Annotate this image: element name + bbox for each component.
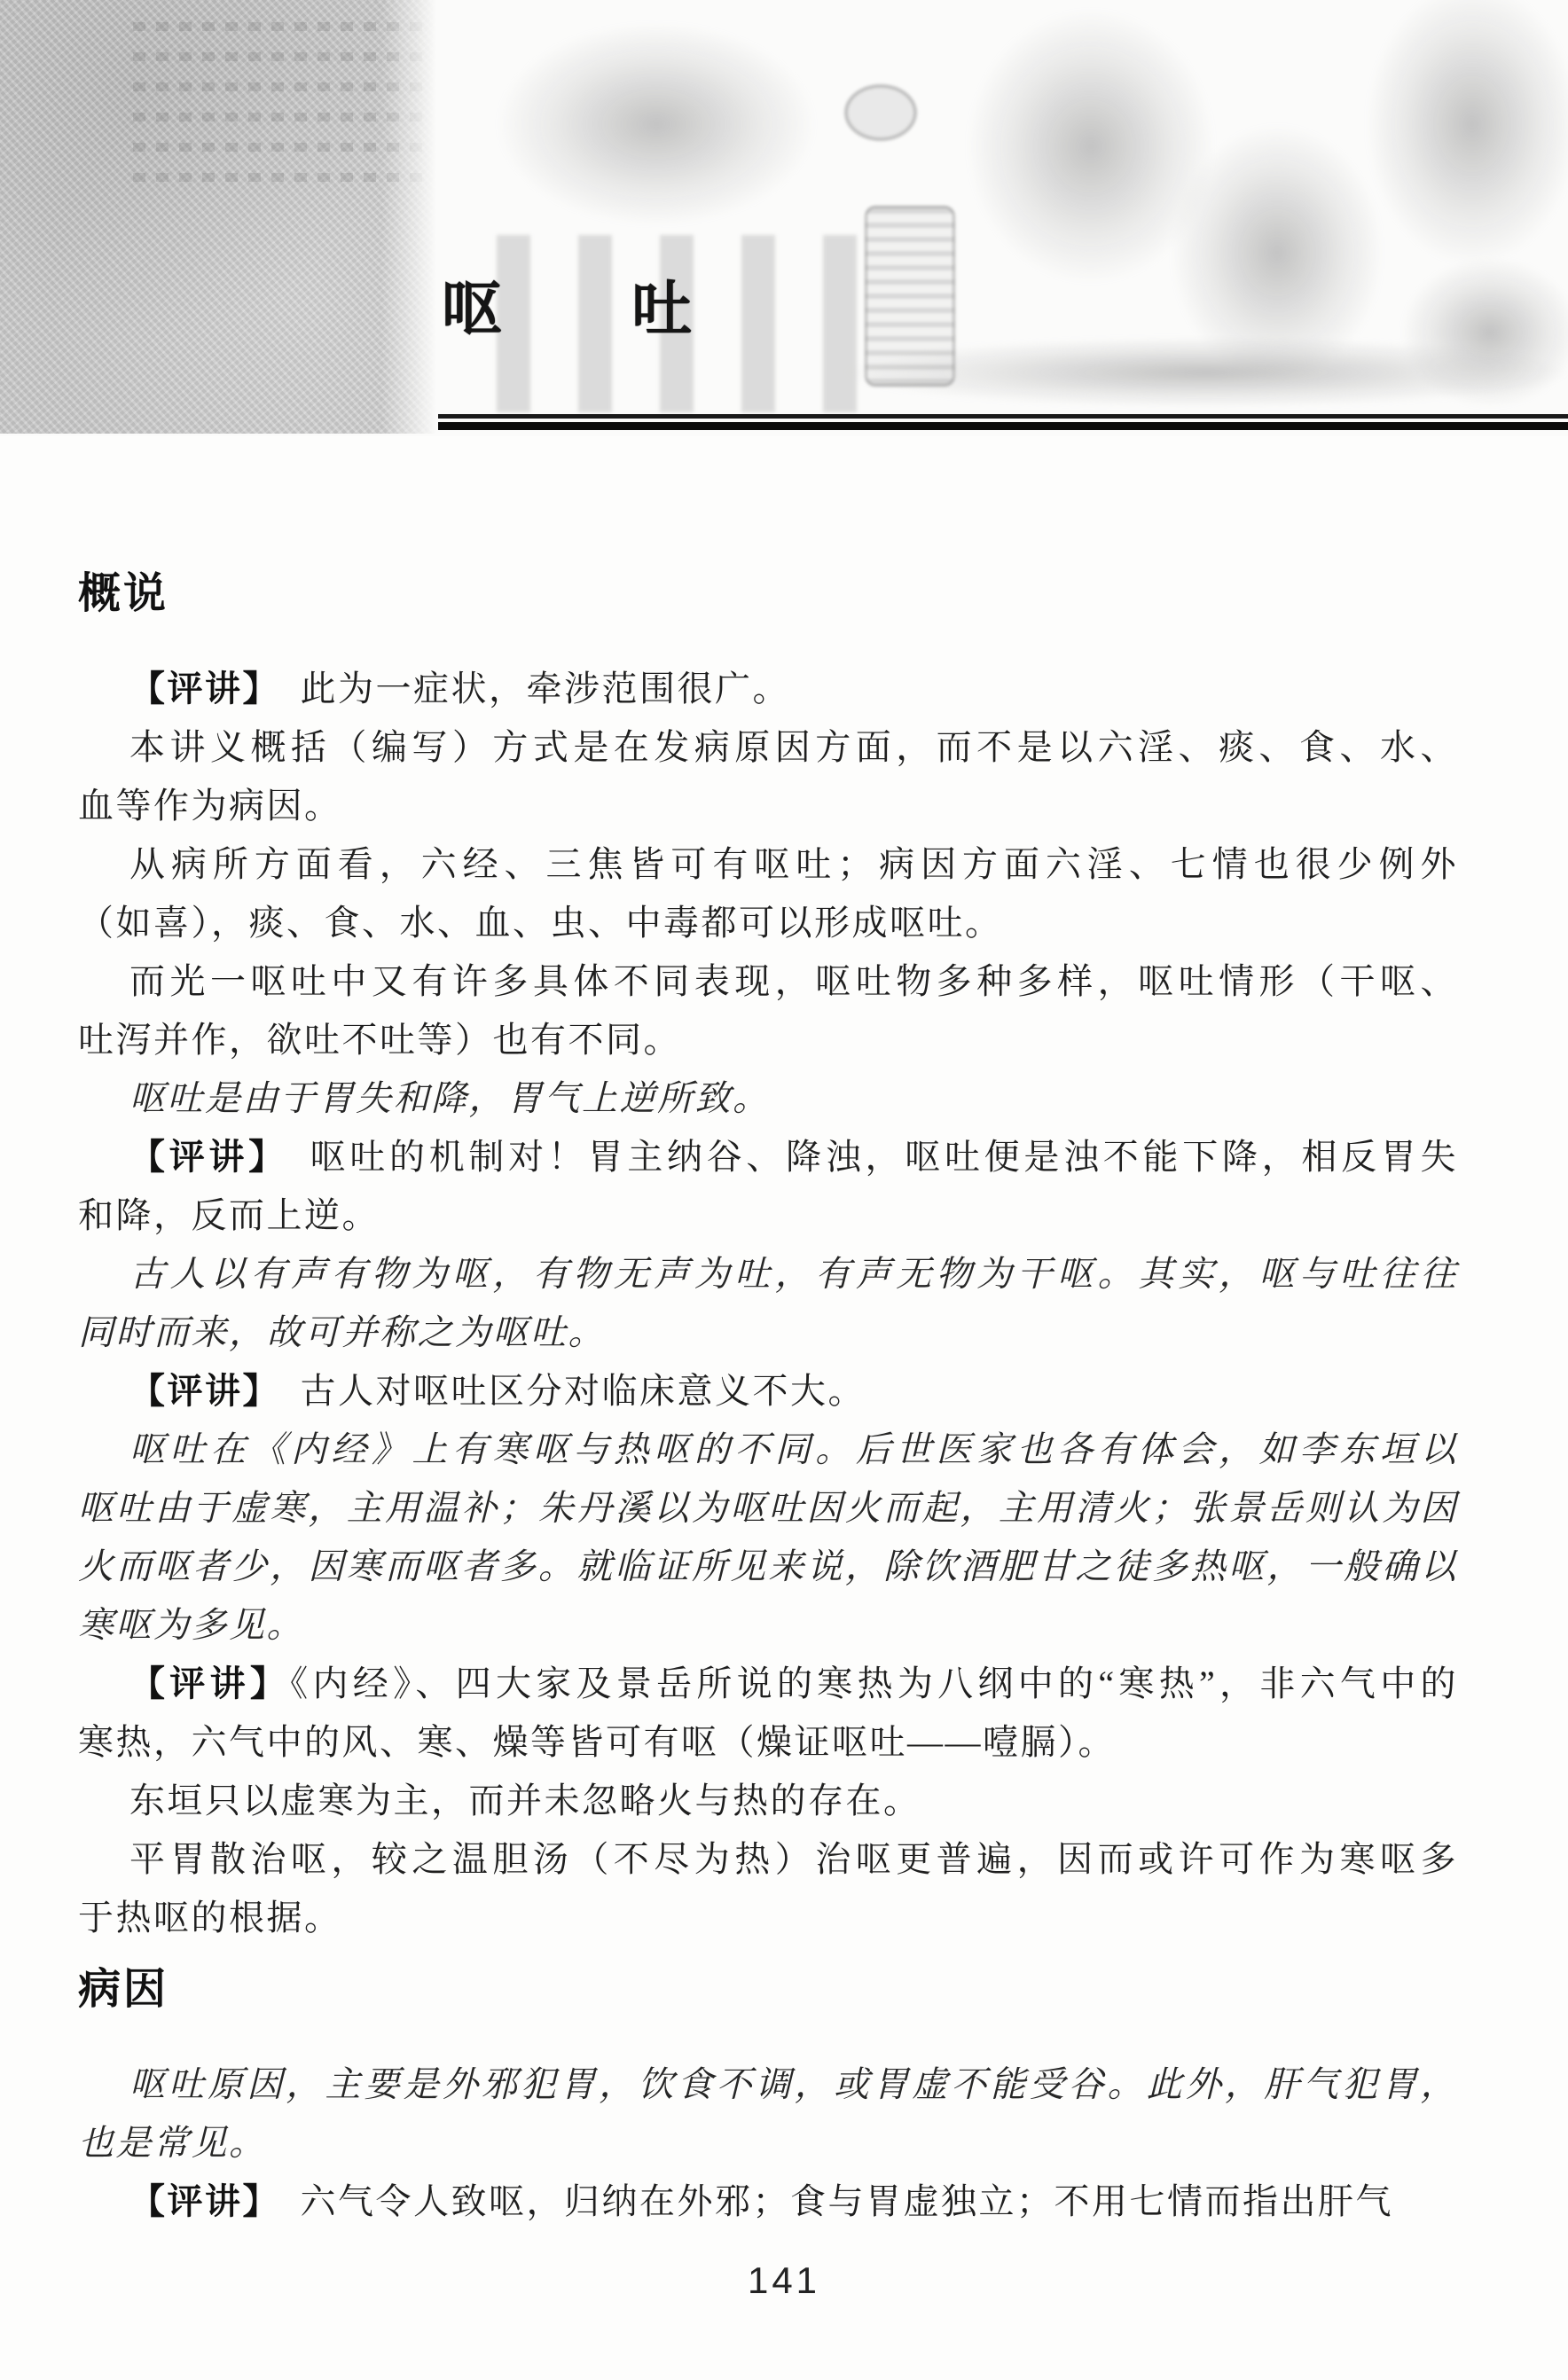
pingjiang-label: 【评讲】 (129, 1137, 310, 1177)
pingjiang-label: 【评讲】 (129, 669, 301, 709)
text-line: 和降，反而上逆。 (78, 1186, 1458, 1245)
section-heading: 病因 (78, 1963, 1458, 2016)
text-line: 呕吐由于虚寒，主用温补；朱丹溪以为呕吐因火而起，主用清火；张景岳则认为因 (78, 1479, 1458, 1538)
header-rule-thick (438, 422, 1568, 430)
paragraph: 从病所方面看，六经、三焦皆可有呕吐；病因方面六淫、七情也很少例外（如喜），痰、食… (78, 835, 1458, 952)
page-number: 141 (748, 2259, 820, 2302)
artwork-shape (497, 22, 816, 226)
paragraph: 【评讲】 六气令人致呕，归纳在外邪；食与胃虚独立；不用七情而指出肝气 (78, 2173, 1458, 2231)
text-line: 寒呕为多见。 (78, 1596, 1458, 1655)
pingjiang-label: 【评讲】 (129, 2181, 301, 2221)
text-line: 血等作为病因。 (78, 777, 1458, 835)
text-line: 同时而来，故可并称之为呕吐。 (78, 1304, 1458, 1362)
paragraph: 【评讲】 古人对呕吐区分对临床意义不大。 (78, 1362, 1458, 1421)
header-rule (438, 414, 1568, 430)
paragraph: 平胃散治呕，较之温胆汤（不尽为热）治呕更普遍，因而或许可作为寒呕多于热呕的根据。 (78, 1830, 1458, 1947)
header-banner: 呕 吐 (0, 0, 1568, 436)
pingjiang-label: 【评讲】 (129, 1371, 301, 1411)
text-line: 【评讲】 六气令人致呕，归纳在外邪；食与胃虚独立；不用七情而指出肝气 (78, 2173, 1458, 2231)
paragraph: 呕吐是由于胃失和降，胃气上逆所致。 (78, 1069, 1458, 1128)
text-line: 本讲义概括（编写）方式是在发病原因方面，而不是以六淫、痰、食、水、 (78, 718, 1458, 777)
paragraph: 而光一呕吐中又有许多具体不同表现，呕吐物多种多样，呕吐情形（干呕、吐泻并作，欲吐… (78, 952, 1458, 1069)
section-heading: 概说 (78, 568, 1458, 621)
text-line: 呕吐是由于胃失和降，胃气上逆所致。 (78, 1069, 1458, 1128)
paragraph: 东垣只以虚寒为主，而并未忽略火与热的存在。 (78, 1772, 1458, 1830)
artwork-shape (1366, 0, 1568, 266)
text-line: 呕吐原因，主要是外邪犯胃，饮食不调，或胃虚不能受谷。此外，肝气犯胃， (78, 2055, 1458, 2114)
artwork-pot-icon (844, 84, 917, 141)
text-line: 【评讲】 呕吐的机制对！胃主纳谷、降浊，呕吐便是浊不能下降，相反胃失 (78, 1128, 1458, 1186)
text-line: 【评讲】《内经》、四大家及景岳所说的寒热为八纲中的“寒热”，非六气中的 (78, 1655, 1458, 1713)
chapter-title: 呕 吐 (442, 277, 692, 342)
text-line: 寒热，六气中的风、寒、燥等皆可有呕（燥证呕吐——噎膈）。 (78, 1713, 1458, 1772)
title-char: 呕 (442, 277, 502, 342)
text-line: 古人以有声有物为呕，有物无声为吐，有声无物为干呕。其实，呕与吐往往 (78, 1245, 1458, 1304)
text-line: （如喜），痰、食、水、血、虫、中毒都可以形成呕吐。 (78, 894, 1458, 952)
text-line: 而光一呕吐中又有许多具体不同表现，呕吐物多种多样，呕吐情形（干呕、 (78, 952, 1458, 1011)
content-blocks: 概说【评讲】 此为一症状，牵涉范围很广。本讲义概括（编写）方式是在发病原因方面，… (78, 568, 1458, 2231)
header-gray-block (0, 0, 436, 434)
bleed-through-marks (133, 22, 426, 182)
paragraph: 呕吐在《内经》上有寒呕与热呕的不同。后世医家也各有体会，如李东垣以呕吐由于虚寒，… (78, 1421, 1458, 1655)
paragraph: 古人以有声有物为呕，有物无声为吐，有声无物为干呕。其实，呕与吐往往同时而来，故可… (78, 1245, 1458, 1362)
text-line: 东垣只以虚寒为主，而并未忽略火与热的存在。 (78, 1772, 1458, 1830)
text-line: 呕吐在《内经》上有寒呕与热呕的不同。后世医家也各有体会，如李东垣以 (78, 1421, 1458, 1479)
text-line: 也是常见。 (78, 2114, 1458, 2173)
text-line: 平胃散治呕，较之温胆汤（不尽为热）治呕更普遍，因而或许可作为寒呕多 (78, 1830, 1458, 1889)
text-line: 火而呕者少，因寒而呕者多。就临证所见来说，除饮酒肥甘之徒多热呕，一般确以 (78, 1538, 1458, 1596)
text-line: 吐泻并作，欲吐不吐等）也有不同。 (78, 1011, 1458, 1069)
paragraph: 【评讲】《内经》、四大家及景岳所说的寒热为八纲中的“寒热”，非六气中的寒热，六气… (78, 1655, 1458, 1772)
text-line: 从病所方面看，六经、三焦皆可有呕吐；病因方面六淫、七情也很少例外 (78, 835, 1458, 894)
text-line: 【评讲】 古人对呕吐区分对临床意义不大。 (78, 1362, 1458, 1421)
paragraph: 本讲义概括（编写）方式是在发病原因方面，而不是以六淫、痰、食、水、血等作为病因。 (78, 718, 1458, 835)
paragraph: 【评讲】 呕吐的机制对！胃主纳谷、降浊，呕吐便是浊不能下降，相反胃失和降，反而上… (78, 1128, 1458, 1245)
book-page: 呕 吐 概说【评讲】 此为一症状，牵涉范围很广。本讲义概括（编写）方式是在发病原… (0, 0, 1568, 2380)
artwork-vessel-icon (865, 206, 955, 387)
title-char: 吐 (631, 277, 692, 342)
paragraph: 【评讲】 此为一症状，牵涉范围很广。 (78, 660, 1458, 718)
text-line: 【评讲】 此为一症状，牵涉范围很广。 (78, 660, 1458, 718)
paragraph: 呕吐原因，主要是外邪犯胃，饮食不调，或胃虚不能受谷。此外，肝气犯胃，也是常见。 (78, 2055, 1458, 2173)
pingjiang-label: 【评讲】 (129, 1664, 290, 1703)
text-line: 于热呕的根据。 (78, 1889, 1458, 1947)
